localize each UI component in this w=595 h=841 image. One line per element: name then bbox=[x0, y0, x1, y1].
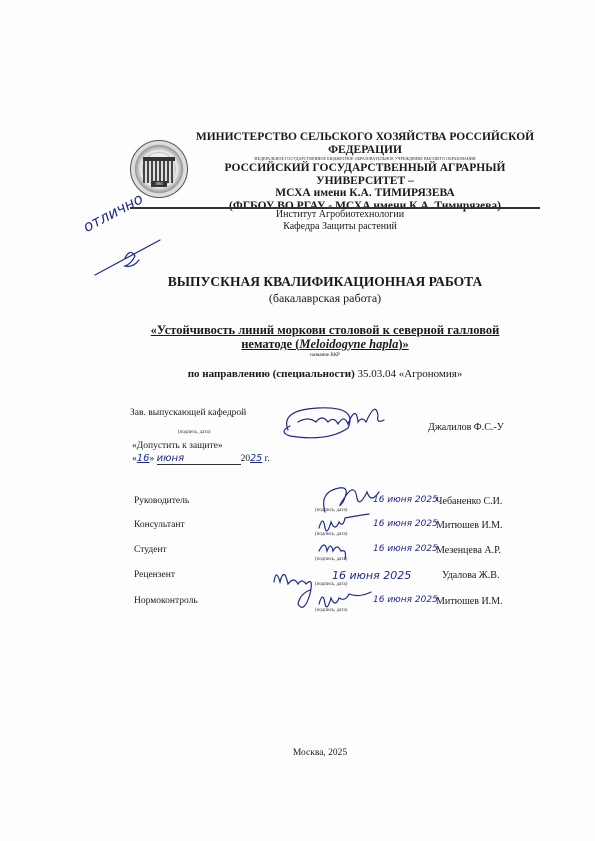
head-of-department-label: Зав. выпускающей кафедрой bbox=[130, 408, 246, 418]
work-subtitle: (бакалаврская работа) bbox=[140, 291, 510, 306]
topic-species: Meloidogyne hapla bbox=[299, 337, 398, 351]
signatory-role: Руководитель bbox=[134, 496, 189, 506]
work-title: ВЫПУСКНАЯ КВАЛИФИКАЦИОННАЯ РАБОТА bbox=[140, 274, 510, 290]
ministry-name: МИНИСТЕРСТВО СЕЛЬСКОГО ХОЗЯЙСТВА РОССИЙС… bbox=[190, 131, 540, 156]
signatory-name: Чебаненко С.И. bbox=[436, 496, 502, 507]
signatory-name: Митюшев И.М. bbox=[436, 596, 503, 607]
head-signature-caption: (подпись, дата) bbox=[178, 430, 210, 435]
direction: по направлению (специальности) 35.03.04 … bbox=[125, 368, 525, 380]
signatory-role: Рецензент bbox=[134, 570, 175, 580]
grade-handwritten: отлично bbox=[80, 189, 146, 235]
admit-label: «Допустить к защите» bbox=[132, 441, 223, 451]
department-name: Кафедра Защиты растений bbox=[200, 221, 480, 233]
institute-block: Институт Агробиотехнологии Кафедра Защит… bbox=[200, 209, 480, 233]
header-block: МИНИСТЕРСТВО СЕЛЬСКОГО ХОЗЯЙСТВА РОССИЙС… bbox=[190, 131, 540, 212]
topic-line1: «Устойчивость линий моркови столовой к с… bbox=[125, 323, 525, 337]
admit-year-prefix: 20 bbox=[241, 454, 251, 464]
direction-code: 35.03.04 «Агрономия» bbox=[358, 368, 463, 380]
signatory-role: Нормоконтроль bbox=[134, 596, 198, 606]
emblem-year: 1865 bbox=[151, 181, 167, 187]
signatory-role: Студент bbox=[134, 545, 167, 555]
city-year: Москва, 2025 bbox=[230, 748, 410, 758]
admit-month: июня bbox=[157, 453, 241, 465]
signature-date: 16 июня 2025 bbox=[373, 519, 438, 529]
building-icon bbox=[143, 157, 175, 183]
head-signature-icon bbox=[278, 400, 408, 445]
signature-date: 16 июня 2025 bbox=[332, 569, 411, 582]
university-emblem-icon: 1865 bbox=[130, 140, 188, 198]
grade-signature-icon bbox=[90, 230, 170, 280]
topic-caption: название ВКР bbox=[125, 353, 525, 358]
signatory-name: Мезенцева А.Р. bbox=[436, 545, 501, 556]
university-name-line2: МСХА имени К.А. ТИМИРЯЗЕВА bbox=[190, 187, 540, 200]
admit-date: «16» июня2025 г. bbox=[132, 453, 292, 465]
topic-line2-post: )» bbox=[398, 337, 408, 351]
admit-year-suffix: 25 bbox=[250, 453, 262, 464]
signature-date: 16 июня 2025 bbox=[373, 595, 438, 605]
signatory-role: Консультант bbox=[134, 520, 185, 530]
direction-label: по направлению (специальности) bbox=[188, 368, 355, 380]
head-name: Джалилов Ф.С.-У bbox=[428, 422, 504, 433]
topic-line2: нематоде (Meloidogyne hapla)» bbox=[125, 337, 525, 351]
admit-day: 16 bbox=[137, 453, 150, 464]
signatory-name: Митюшев И.М. bbox=[436, 520, 503, 531]
university-name-line1: РОССИЙСКИЙ ГОСУДАРСТВЕННЫЙ АГРАРНЫЙ УНИВ… bbox=[190, 162, 540, 187]
grade-text: отлично bbox=[80, 189, 146, 235]
signatory-name: Удалова Ж.В. bbox=[442, 570, 499, 581]
institute-name: Институт Агробиотехнологии bbox=[200, 209, 480, 221]
thesis-topic: «Устойчивость линий моркови столовой к с… bbox=[125, 323, 525, 351]
signature-date: 16 июня 2025 bbox=[373, 495, 438, 505]
signature-date: 16 июня 2025 bbox=[373, 544, 438, 554]
topic-line2-pre: нематоде ( bbox=[241, 337, 299, 351]
admit-year-unit: г. bbox=[265, 454, 270, 464]
reviewer-signature-icon bbox=[270, 560, 320, 610]
